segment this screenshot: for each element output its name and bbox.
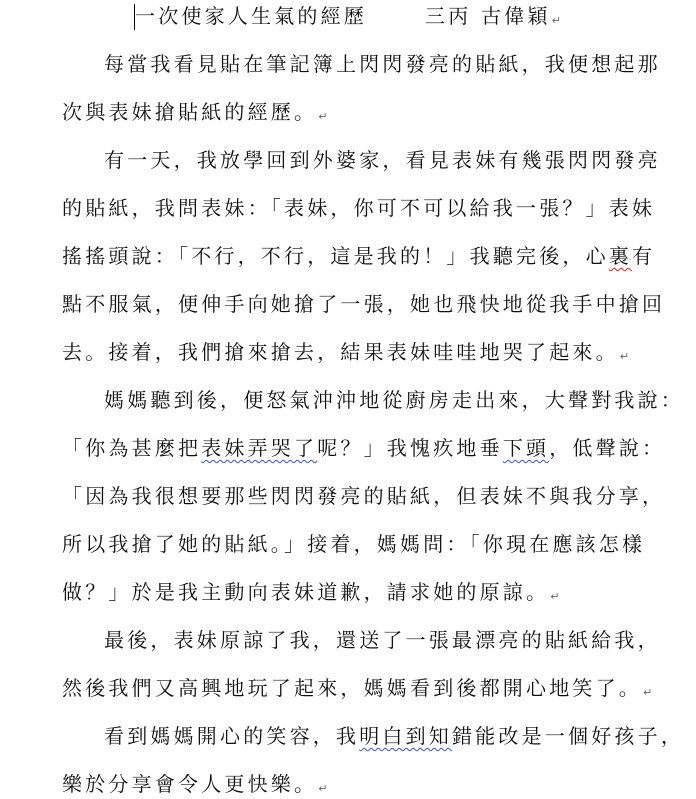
paragraph-mark-icon: ↵ [620,350,629,363]
line-text: 看到媽媽開心的笑容，我 [104,724,359,748]
paragraph-mark-icon: ↵ [318,782,327,795]
line-text: 有一天，我放學回到外婆家，看見表妹有幾張閃閃發亮 [104,148,661,172]
essay-title: 一次使家人生氣的經歷 [135,4,367,28]
author-name: 古偉穎 [481,4,551,28]
text-line[interactable]: 次與表妹搶貼紙的經歷。↵ [62,97,327,127]
line-text: 的貼紙，我問表妹：「表妹，你可不可以給我一張？」表妹 [62,196,655,220]
text-line[interactable]: 「你為甚麼把表妹弄哭了呢？」我愧疚地垂下頭，低聲說： [62,433,665,463]
text-line[interactable]: 做？」於是我主動向表妹道歉，請求她的原諒。↵ [62,577,559,607]
text-line[interactable]: 「因為我很想要那些閃閃發亮的貼紙，但表妹不與我分享， [62,481,665,511]
text-line[interactable]: 看到媽媽開心的笑容，我明白到知錯能改是一個好孩子， [62,721,684,751]
text-line[interactable]: 去。接着，我們搶來搶去，結果表妹哇哇地哭了起來。↵ [62,337,629,367]
text-line[interactable]: 有一天，我放學回到外婆家，看見表妹有幾張閃閃發亮 [62,145,661,175]
grammar-error-text[interactable]: 下頭 [503,436,549,460]
paragraph-mark-icon: ↵ [552,14,561,27]
line-text: 「你為甚麼把 [62,436,201,460]
paragraph-mark-icon: ↵ [550,590,559,603]
text-line[interactable]: 樂於分享會令人更快樂。↵ [62,769,327,799]
line-text: 呢？」我愧疚地垂 [317,436,503,460]
document-page[interactable]: 一次使家人生氣的經歷三丙 古偉穎↵ 每當我看見貼在筆記簿上閃閃發亮的貼紙，我便想… [0,0,696,799]
line-text: 所以我搶了她的貼紙。」接着，媽媽問：「你現在應該怎樣 [62,532,645,556]
text-line[interactable]: 搖搖頭說：「不行，不行，這是我的！」我聽完後，心裏有 [62,241,655,271]
line-text: 「因為我很想要那些閃閃發亮的貼紙，但表妹不與我分享， [62,484,665,508]
grammar-error-text[interactable]: 表妹弄哭了 [201,436,317,460]
text-line[interactable]: 所以我搶了她的貼紙。」接着，媽媽問：「你現在應該怎樣 [62,529,645,559]
line-text: 去。接着，我們搶來搶去，結果表妹哇哇地哭了起來。 [62,340,619,364]
line-text: 樂於分享會令人更快樂。 [62,772,317,796]
line-text: 然後我們又高興地玩了起來，媽媽看到後都開心地笑了。 [62,676,642,700]
line-text: 媽媽聽到後，便怒氣沖沖地從廚房走出來，大聲對我說： [104,388,684,412]
line-text: 每當我看見貼在筆記簿上閃閃發亮的貼紙，我便想起那 [104,52,661,76]
text-line[interactable]: 點不服氣，便伸手向她搶了一張，她也飛快地從我手中搶回 [62,289,665,319]
line-text: 有 [632,244,655,268]
text-line[interactable]: 媽媽聽到後，便怒氣沖沖地從廚房走出來，大聲對我說： [62,385,684,415]
line-text: 點不服氣，便伸手向她搶了一張，她也飛快地從我手中搶回 [62,292,665,316]
grammar-error-text[interactable]: 明白到知 [359,724,452,748]
line-text: ，低聲說： [549,436,665,460]
line-text: 搖搖頭說：「不行，不行，這是我的！」我聽完後，心 [62,244,609,268]
line-text: 次與表妹搶貼紙的經歷。 [62,100,317,124]
author-class: 三丙 [425,4,471,28]
spelling-error-text[interactable]: 裏 [609,244,632,268]
paragraph-mark-icon: ↵ [318,110,327,123]
line-text: 做？」於是我主動向表妹道歉，請求她的原諒。 [62,580,549,604]
paragraph-mark-icon: ↵ [643,686,652,699]
line-text: 最後，表妹原諒了我，還送了一張最漂亮的貼紙給我， [104,628,661,652]
text-line[interactable]: 每當我看見貼在筆記簿上閃閃發亮的貼紙，我便想起那 [62,49,661,79]
title-line[interactable]: 一次使家人生氣的經歷三丙 古偉穎↵ [135,1,561,31]
line-text: 錯能改是一個好孩子， [452,724,684,748]
text-line[interactable]: 最後，表妹原諒了我，還送了一張最漂亮的貼紙給我， [62,625,661,655]
text-line[interactable]: 的貼紙，我問表妹：「表妹，你可不可以給我一張？」表妹 [62,193,655,223]
text-line[interactable]: 然後我們又高興地玩了起來，媽媽看到後都開心地笑了。↵ [62,673,652,703]
